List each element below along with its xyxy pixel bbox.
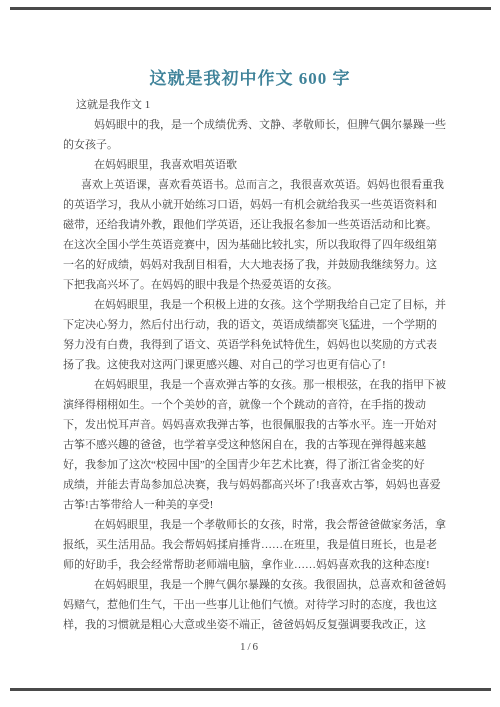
text-line: 努力没有白费，我得到了语文、英语学科免试特优生，妈妈也以奖励的方式表 [63,335,445,355]
text-line: 下，发出悦耳声音。妈妈喜欢我弹古筝，也很佩服我的古筝水平。连一开始对 [63,415,445,435]
text-line: 成绩，并能去青岛参加总决赛，我与妈妈都高兴坏了!我喜欢古筝，妈妈也喜爱 [63,475,445,495]
text-line: 妈赌气，惹他们生气，干出一些事儿让他们气愤。对待学习时的态度，我也这 [63,595,445,615]
text-line: 在妈妈眼里，我是一个喜欢弹古筝的女孩。那一根根弦，在我的指甲下被 [63,375,445,395]
text-line: 在妈妈眼里，我喜欢唱英语歌 [63,155,445,175]
page-title: 这就是我初中作文 600 字 [0,68,500,90]
text-line: 喜欢上英语课，喜欢看英语书。总而言之，我很喜欢英语。妈妈也很看重我 [63,175,445,195]
text-line: 在妈妈眼里，我是一个积极上进的女孩。这个学期我给自己定了目标，并 [63,295,445,315]
text-line: 的英语学习，我从小就开始练习口语，妈妈一有机会就给我买一些英语资料和 [63,195,445,215]
text-line: 妈妈眼中的我，是一个成绩优秀、文静、孝敬师长，但脾气偶尔暴躁一些 [63,115,445,135]
text-line: 报纸，买生活用品。我会帮妈妈揉肩捶背……在班里，我是值日班长，也是老 [63,535,445,555]
text-line: 下把我高兴坏了。在妈妈的眼中我是个热爱英语的女孩。 [63,275,445,295]
text-line: 样，我的习惯就是粗心大意或坐姿不端正，爸爸妈妈反复强调要我改正，这 [63,615,445,635]
text-line: 古筝!古筝带给人一种美的享受! [63,495,445,515]
text-line: 在妈妈眼里，我是一个脾气偶尔暴躁的女孩。我很固执，总喜欢和爸爸妈 [63,575,445,595]
text-line: 师的好助手，我会经常帮助老师端电脑，拿作业……妈妈喜欢我的这种态度! [63,555,445,575]
text-line: 下定决心努力，然后付出行动，我的语文，英语成绩都突飞猛进，一个学期的 [63,315,445,335]
document-page: 这就是我初中作文 600 字 这就是我作文 1妈妈眼中的我，是一个成绩优秀、文静… [0,0,500,707]
text-line: 扬了我。这使我对这两门课更感兴趣、对自己的学习也更有信心了! [63,355,445,375]
bottom-divider [10,688,491,691]
text-line: 这就是我作文 1 [63,95,445,115]
text-line: 古筝不感兴趣的爸爸，也学着享受这种悠闲自在，我的古筝现在弹得越来越 [63,435,445,455]
text-line: 在这次全国小学生英语竞赛中，因为基础比较扎实，所以我取得了四年级组第 [63,235,445,255]
text-line: 磁带，还给我请外教，跟他们学英语，还让我报名参加一些英语活动和比赛。 [63,215,445,235]
text-line: 好，我参加了这次“校园中国”的全国青少年艺术比赛，得了浙江省金奖的好 [63,455,445,475]
text-line: 演绎得栩栩如生。一个个美妙的音，就像一个个跳动的音符，在手指的拨动 [63,395,445,415]
text-line: 在妈妈眼里，我是一个孝敬师长的女孩，时常，我会帮爸爸做家务活，拿 [63,515,445,535]
top-divider [10,7,491,10]
page-number: 1/6 [0,637,500,657]
text-line: 一名的好成绩，妈妈对我刮目相看，大大地表扬了我，并鼓励我继续努力。这 [63,255,445,275]
document-body: 这就是我作文 1妈妈眼中的我，是一个成绩优秀、文静、孝敬师长，但脾气偶尔暴躁一些… [63,95,445,635]
text-line: 的女孩子。 [63,135,445,155]
